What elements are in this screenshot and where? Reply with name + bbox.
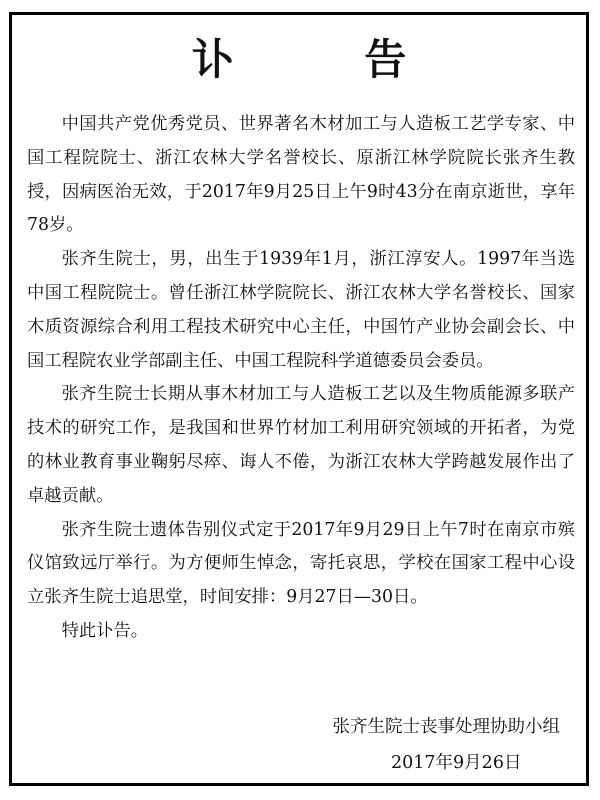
paragraph-funeral-arrangements: 张齐生院士遗体告别仪式定于2017年9月29日上午7时在南京市殡仪馆致远厅举行。…	[27, 514, 575, 615]
signature-organization: 张齐生院士丧事处理协助小组	[333, 709, 561, 745]
signature-date: 2017年9月26日	[333, 745, 561, 781]
signature-block: 张齐生院士丧事处理协助小组 2017年9月26日	[333, 709, 561, 781]
paragraph-biography: 张齐生院士，男，出生于1939年1月，浙江淳安人。1997年当选中国工程院院士。…	[27, 243, 575, 378]
document-body: 中国共产党优秀党员、世界著名木材加工与人造板工艺学专家、中国工程院院士、浙江农林…	[27, 108, 575, 649]
document-border: 讣 告 中国共产党优秀党员、世界著名木材加工与人造板工艺学专家、中国工程院院士、…	[9, 12, 589, 786]
paragraph-contributions: 张齐生院士长期从事木材加工与人造板工艺以及生物质能源多联产技术的研究工作，是我国…	[27, 378, 575, 513]
paragraph-closing: 特此讣告。	[27, 615, 575, 649]
page-title: 讣 告	[12, 35, 586, 85]
paragraph-announcement: 中国共产党优秀党员、世界著名木材加工与人造板工艺学专家、中国工程院院士、浙江农林…	[27, 108, 575, 243]
